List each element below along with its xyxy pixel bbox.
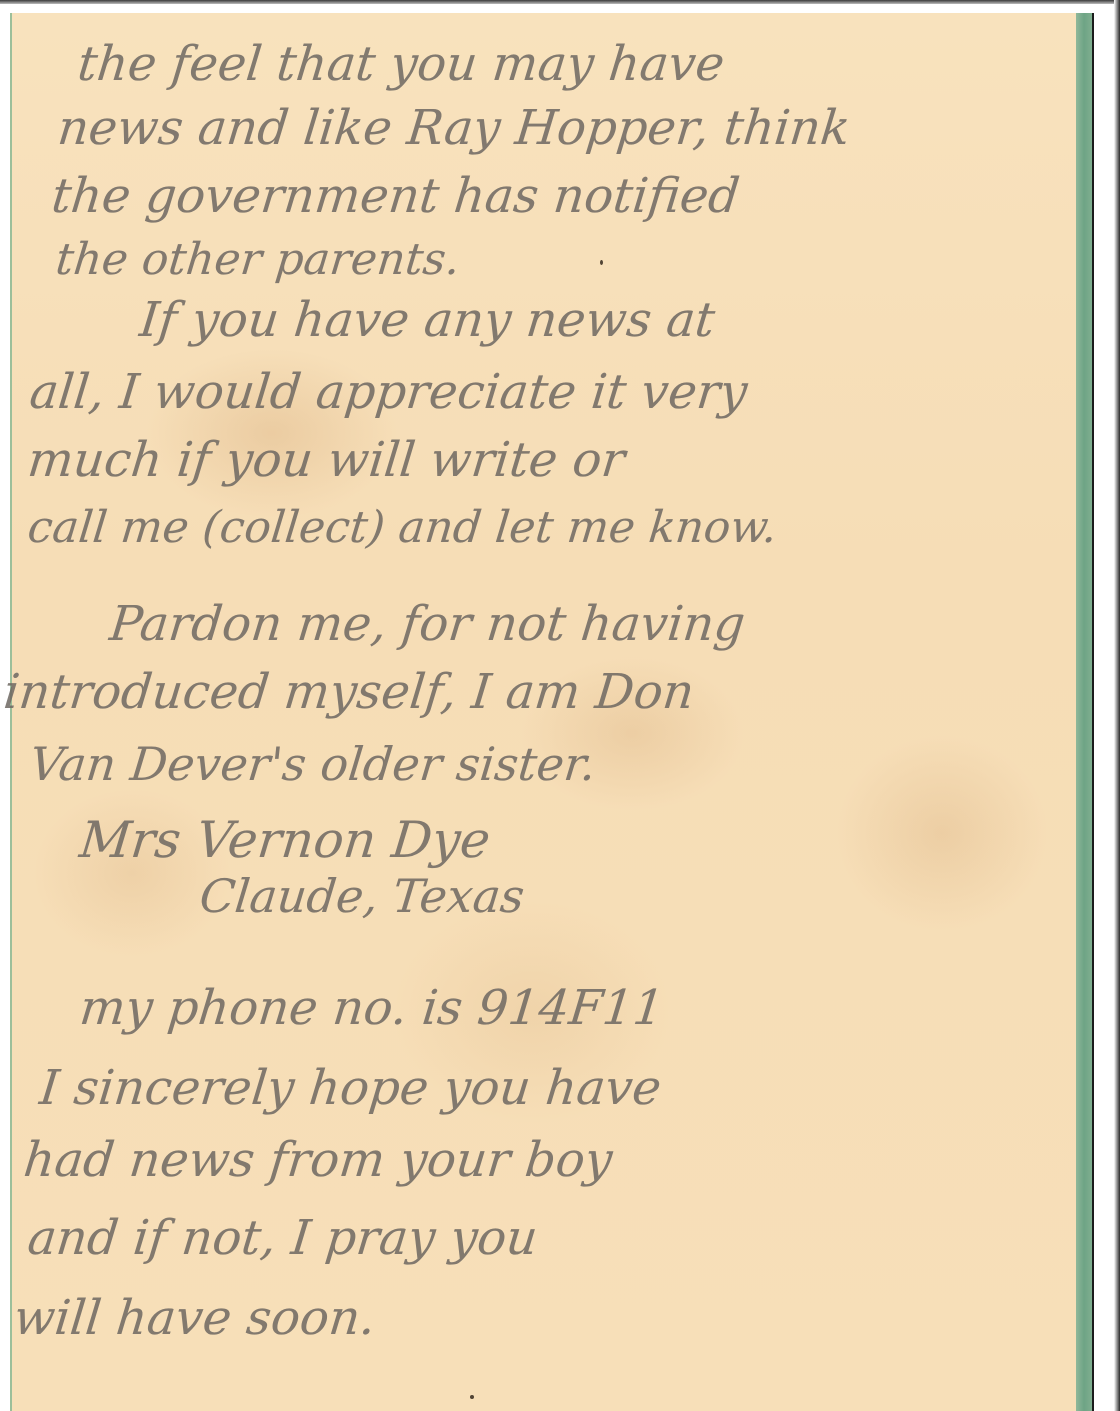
letter-line-4: the other parents. bbox=[53, 232, 463, 288]
letter-line-15: I sincerely hope you have bbox=[37, 1060, 664, 1116]
letter-signature-name: Mrs Vernon Dye bbox=[77, 812, 493, 868]
letter-line-7: much if you will write or bbox=[25, 432, 628, 488]
letter-line-5: If you have any news at bbox=[137, 292, 717, 348]
letter-line-11: Van Dever's older sister. bbox=[27, 736, 599, 792]
letter-signature-location: Claude, Texas bbox=[197, 868, 527, 924]
letter-line-2: news and like Ray Hopper, think bbox=[55, 100, 853, 156]
letter-line-3: the government has notified bbox=[49, 168, 742, 224]
letter-phone-line: my phone no. is 914F11 bbox=[77, 980, 667, 1036]
letter-line-9: Pardon me, for not having bbox=[107, 596, 748, 652]
letter-line-18: will have soon. bbox=[11, 1290, 378, 1346]
letter-line-6: all, I would appreciate it very bbox=[27, 364, 750, 420]
ink-speck bbox=[600, 260, 603, 265]
letter-line-10: introduced myself, I am Don bbox=[1, 664, 697, 720]
letter-line-1: the feel that you may have bbox=[75, 36, 727, 92]
letter-lines-layer: the feel that you may have news and like… bbox=[0, 0, 1120, 1411]
ink-speck bbox=[470, 1395, 474, 1399]
letter-line-17: and if not, I pray you bbox=[25, 1210, 540, 1266]
letter-line-8: call me (collect) and let me know. bbox=[25, 500, 780, 556]
letter-line-16: had news from your boy bbox=[21, 1132, 615, 1188]
